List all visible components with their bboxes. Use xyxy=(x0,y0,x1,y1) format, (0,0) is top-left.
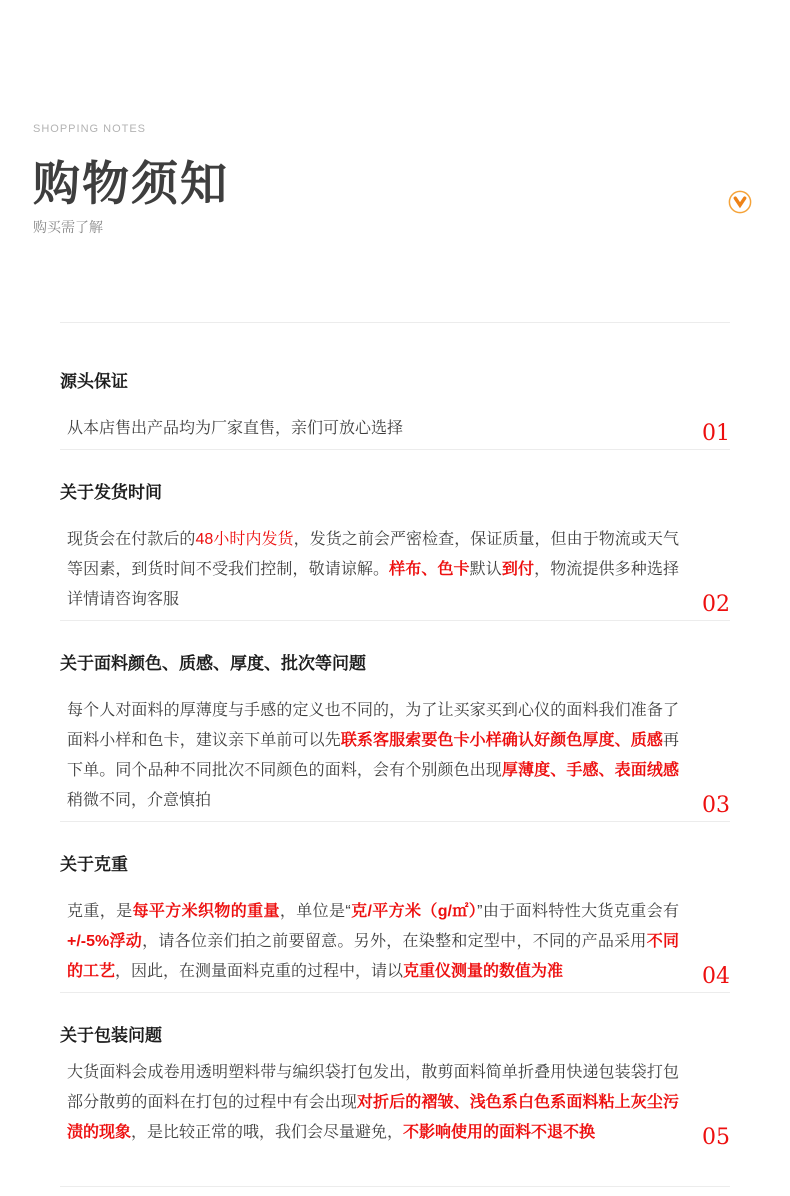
chevron-down-circle-icon xyxy=(728,190,752,214)
note-heading: 关于包装问题 xyxy=(60,1026,730,1046)
eyebrow-label: SHOPPING NOTES xyxy=(33,122,752,137)
note-section-source-guarantee: 源头保证 从本店售出产品均为厂家直售，亲们可放心选择 01 xyxy=(60,323,730,450)
page-header: SHOPPING NOTES 购物须知 购买需了解 xyxy=(0,0,790,235)
note-heading: 源头保证 xyxy=(60,372,730,392)
note-number: 05 xyxy=(702,1125,730,1150)
note-number: 04 xyxy=(702,964,730,989)
note-heading: 关于发货时间 xyxy=(60,483,730,503)
note-body: 大货面料会成卷用透明塑料带与编织袋打包发出，散剪面料简单折叠用快递包装袋打包部分… xyxy=(67,1058,679,1148)
shopping-notes-page: SHOPPING NOTES 购物须知 购买需了解 源头保证 从本店售出产品均为… xyxy=(0,0,790,1196)
page-subtitle: 购买需了解 xyxy=(33,219,752,235)
note-number: 01 xyxy=(702,421,730,446)
note-body: 克重，是每平方米织物的重量，单位是“克/平方米（g/㎡）”由于面料特性大货克重会… xyxy=(67,897,679,987)
page-title: 购物须知 xyxy=(33,157,752,210)
note-section-shipping-time: 关于发货时间 现货会在付款后的48小时内发货，发货之前会严密检查，保证质量，但由… xyxy=(60,450,730,621)
note-number: 03 xyxy=(702,793,730,818)
title-row: 购物须知 xyxy=(33,157,752,210)
note-heading: 关于面料颜色、质感、厚度、批次等问题 xyxy=(60,654,730,674)
note-body: 每个人对面料的厚薄度与手感的定义也不同的，为了让买家买到心仪的面料我们准备了面料… xyxy=(67,696,679,816)
notes-list: 源头保证 从本店售出产品均为厂家直售，亲们可放心选择 01 关于发货时间 现货会… xyxy=(60,322,730,1187)
note-heading: 关于克重 xyxy=(60,855,730,875)
note-number: 02 xyxy=(702,592,730,617)
note-body: 从本店售出产品均为厂家直售，亲们可放心选择 xyxy=(67,414,679,444)
note-body: 现货会在付款后的48小时内发货，发货之前会严密检查，保证质量，但由于物流或天气等… xyxy=(67,525,679,615)
note-section-gram-weight: 关于克重 克重，是每平方米织物的重量，单位是“克/平方米（g/㎡）”由于面料特性… xyxy=(60,822,730,993)
note-section-packaging: 关于包装问题 大货面料会成卷用透明塑料带与编织袋打包发出，散剪面料简单折叠用快递… xyxy=(60,993,730,1187)
note-section-fabric-color-quality: 关于面料颜色、质感、厚度、批次等问题 每个人对面料的厚薄度与手感的定义也不同的，… xyxy=(60,621,730,822)
